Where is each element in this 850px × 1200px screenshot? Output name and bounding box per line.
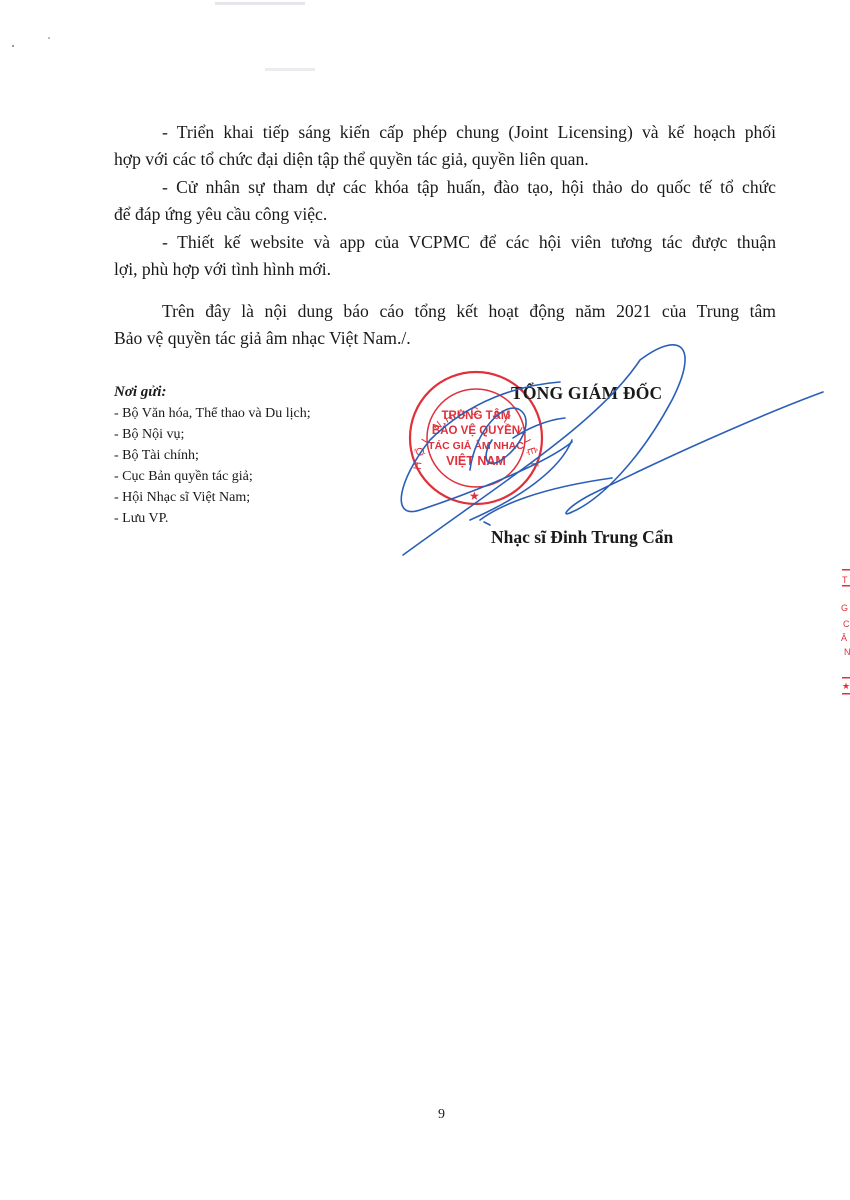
recipients-list: Nơi gửi: - Bộ Văn hóa, Thể thao và Du lị… — [114, 382, 311, 529]
svg-text:★: ★ — [842, 681, 850, 691]
bleed-through-mark — [215, 2, 305, 5]
recipient-item: - Bộ Văn hóa, Thể thao và Du lịch; — [114, 403, 311, 424]
edge-seal-mark: T G C Â N ★ — [830, 555, 850, 705]
recipient-item: - Lưu VP. — [114, 508, 311, 529]
document-page: - Triển khai tiếp sáng kiến cấp phép chu… — [0, 0, 850, 1200]
stamp-inner-line: TÁC GIẢ ÂM NHẠC — [428, 439, 524, 452]
recipient-item: - Hội Nhạc sĩ Việt Nam; — [114, 487, 311, 508]
svg-text:T: T — [842, 575, 848, 585]
signatory-name: Nhạc sĩ Đinh Trung Cẩn — [491, 527, 673, 548]
stamp-inner-line: BẢO VỆ QUYỀN — [432, 424, 520, 437]
recipient-item: - Cục Bản quyền tác giả; — [114, 466, 311, 487]
stamp-star-icon: ★ — [469, 489, 480, 503]
paragraph-conclusion: Trên đây là nội dung báo cáo tổng kết ho… — [114, 298, 776, 352]
bleed-through-mark — [265, 68, 315, 71]
paragraph-line: - Cử nhân sự tham dự các khóa tập huấn, … — [114, 174, 776, 201]
svg-text:N: N — [844, 647, 850, 657]
recipients-title: Nơi gửi: — [114, 382, 311, 403]
svg-text:C: C — [843, 619, 850, 629]
paragraph-training: - Cử nhân sự tham dự các khóa tập huấn, … — [114, 174, 776, 228]
paragraph-website: - Thiết kế website và app của VCPMC để c… — [114, 229, 776, 283]
scan-speck — [12, 45, 14, 47]
scan-speck — [48, 37, 50, 39]
signature-title: TỔNG GIÁM ĐỐC — [511, 383, 662, 404]
paragraph-line: - Thiết kế website và app của VCPMC để c… — [114, 229, 776, 256]
paragraph-line: để đáp ứng yêu cầu công việc. — [114, 201, 776, 228]
svg-text:Â: Â — [841, 633, 847, 643]
paragraph-line: Bảo vệ quyền tác giả âm nhạc Việt Nam./. — [114, 325, 776, 352]
paragraph-line: - Triển khai tiếp sáng kiến cấp phép chu… — [114, 119, 776, 146]
paragraph-line: lợi, phù hợp với tình hình mới. — [114, 256, 776, 283]
recipient-item: - Bộ Tài chính; — [114, 445, 311, 466]
paragraph-joint-licensing: - Triển khai tiếp sáng kiến cấp phép chu… — [114, 119, 776, 173]
stamp-inner-line: VIỆT NAM — [446, 453, 506, 468]
stamp-inner-line: TRUNG TÂM — [442, 409, 511, 422]
paragraph-line: hợp với các tổ chức đại diện tập thể quy… — [114, 146, 776, 173]
recipient-item: - Bộ Nội vụ; — [114, 424, 311, 445]
page-number: 9 — [438, 1107, 445, 1123]
svg-text:G: G — [841, 603, 848, 613]
paragraph-line: Trên đây là nội dung báo cáo tổng kết ho… — [114, 298, 776, 325]
